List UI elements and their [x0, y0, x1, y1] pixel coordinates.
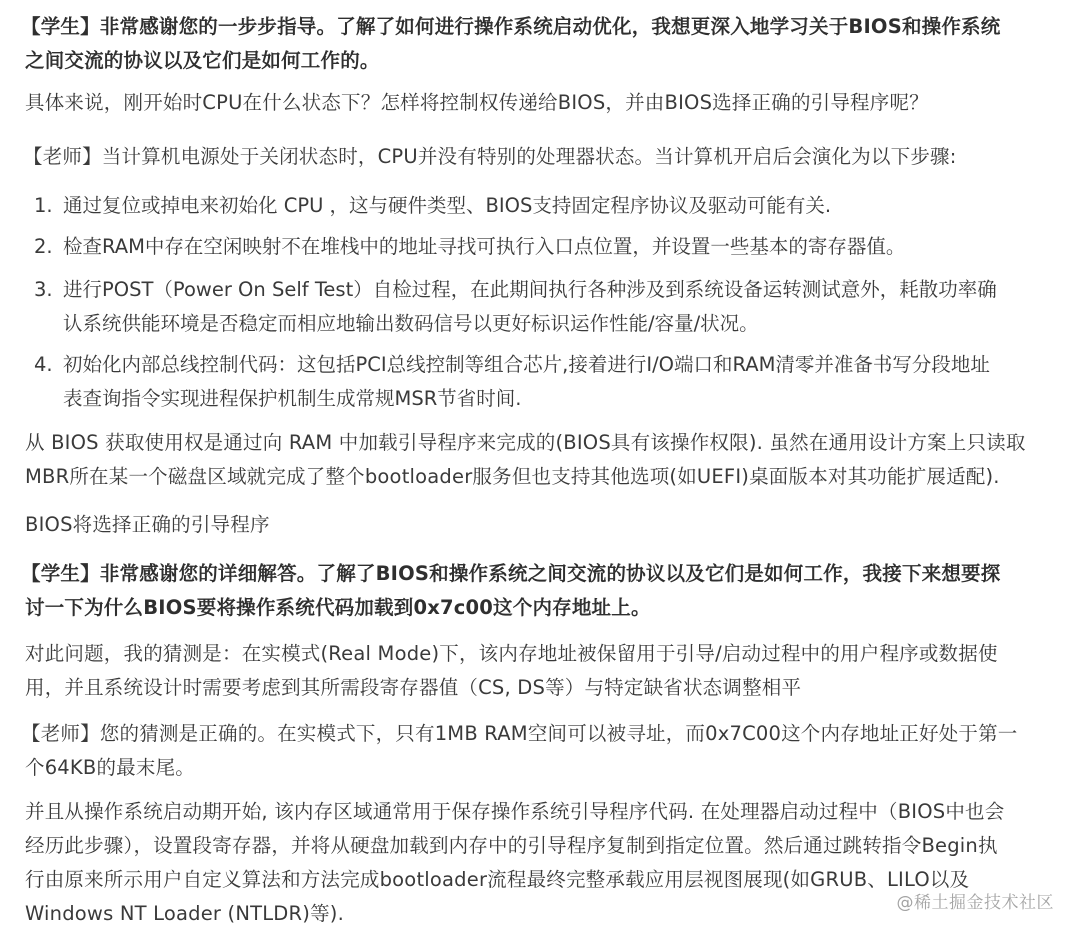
student-question-1: 【学生】非常感谢您的一步步指导。了解了如何进行操作系统启动优化，我想更深入地学习…	[25, 10, 1000, 78]
text-line: 从 BIOS 获取使用权是通过向 RAM 中加载引导程序来完成的(BIOS具有该…	[25, 426, 1026, 460]
list-number: 4.	[34, 348, 53, 382]
text-line: 【学生】非常感谢您的一步步指导。了解了如何进行操作系统启动优化，我想更深入地学习…	[21, 10, 1000, 44]
list-number: 1.	[34, 189, 53, 223]
student-question-detail: 具体来说，刚开始时CPU在什么状态下？怎样将控制权传递给BIOS，并由BIOS选…	[25, 86, 929, 120]
text-line: 【学生】非常感谢您的详细解答。了解了BIOS和操作系统之间交流的协议以及它们是如…	[21, 557, 1000, 591]
student-guess-paragraph: 对此问题，我的猜测是：在实模式(Real Mode)下，该内存地址被保留用于引导…	[25, 637, 998, 705]
text-line: 具体来说，刚开始时CPU在什么状态下？怎样将控制权传递给BIOS，并由BIOS选…	[25, 86, 929, 120]
list-item-step-1: 1. 通过复位或掉电来初始化 CPU ，这与硬件类型、BIOS支持固定程序协议及…	[25, 189, 831, 223]
text-line: 【老师】您的猜测是正确的。在实模式下，只有1MB RAM空间可以被寻址，而0x7…	[21, 717, 1018, 751]
final-paragraph: 并且从操作系统启动期开始, 该内存区域通常用于保存操作系统引导程序代码. 在处理…	[25, 795, 1004, 931]
text-line: 个64KB的最末尾。	[25, 751, 1018, 785]
text-line: 表查询指令实现进程保护机制生成常规MSR节省时间.	[63, 382, 990, 416]
text-line: 通过复位或掉电来初始化 CPU ，这与硬件类型、BIOS支持固定程序协议及驱动可…	[63, 189, 831, 223]
text-line: 初始化内部总线控制代码：这包括PCI总线控制等组合芯片,接着进行I/O端口和RA…	[63, 348, 990, 382]
teacher-answer-2: 【老师】您的猜测是正确的。在实模式下，只有1MB RAM空间可以被寻址，而0x7…	[25, 717, 1018, 785]
list-item-step-3: 3. 进行POST（Power On Self Test）自检过程，在此期间执行…	[25, 273, 997, 341]
text-line: 检查RAM中存在空闲映射不在堆栈中的地址寻找可执行入口点位置，并设置一些基本的寄…	[63, 230, 905, 264]
text-line: MBR所在某一个磁盘区域就完成了整个bootloader服务但也支持其他选项(如…	[25, 460, 1026, 494]
text-line: BIOS将选择正确的引导程序	[25, 508, 270, 542]
text-line: 并且从操作系统启动期开始, 该内存区域通常用于保存操作系统引导程序代码. 在处理…	[25, 795, 1004, 829]
text-line: 讨一下为什么BIOS要将操作系统代码加载到0x7c00这个内存地址上。	[25, 591, 1000, 625]
text-line: Windows NT Loader (NTLDR)等).	[25, 897, 1004, 931]
text-line: 用，并且系统设计时需要考虑到其所需段寄存器值（CS, DS等）与特定缺省状态调整…	[25, 671, 998, 705]
watermark: @稀土掘金技术社区	[897, 888, 1055, 913]
list-item-step-2: 2. 检查RAM中存在空闲映射不在堆栈中的地址寻找可执行入口点位置，并设置一些基…	[25, 230, 905, 264]
text-line: 对此问题，我的猜测是：在实模式(Real Mode)下，该内存地址被保留用于引导…	[25, 637, 998, 671]
teacher-answer-intro: 【老师】当计算机电源处于关闭状态时，CPU并没有特别的处理器状态。当计算机开启后…	[23, 140, 957, 174]
list-number: 3.	[34, 273, 53, 307]
text-line: 行由原来所示用户自定义算法和方法完成bootloader流程最终完整承载应用层视…	[25, 863, 1004, 897]
list-number: 2.	[34, 230, 53, 264]
student-question-2: 【学生】非常感谢您的详细解答。了解了BIOS和操作系统之间交流的协议以及它们是如…	[25, 557, 1000, 625]
bios-control-paragraph: 从 BIOS 获取使用权是通过向 RAM 中加载引导程序来完成的(BIOS具有该…	[25, 426, 1026, 494]
text-line: 认系统供能环境是否稳定而相应地输出数码信号以更好标识运作性能/容量/状况。	[63, 307, 997, 341]
text-line: 之间交流的协议以及它们是如何工作的。	[25, 44, 1000, 78]
text-line: 【老师】当计算机电源处于关闭状态时，CPU并没有特别的处理器状态。当计算机开启后…	[23, 140, 957, 174]
bios-select-paragraph: BIOS将选择正确的引导程序	[25, 508, 270, 542]
text-line: 经历此步骤），设置段寄存器，并将从硬盘加载到内存中的引导程序复制到指定位置。然后…	[25, 829, 1004, 863]
text-line: 进行POST（Power On Self Test）自检过程，在此期间执行各种涉…	[63, 273, 997, 307]
list-item-step-4: 4. 初始化内部总线控制代码：这包括PCI总线控制等组合芯片,接着进行I/O端口…	[25, 348, 990, 416]
